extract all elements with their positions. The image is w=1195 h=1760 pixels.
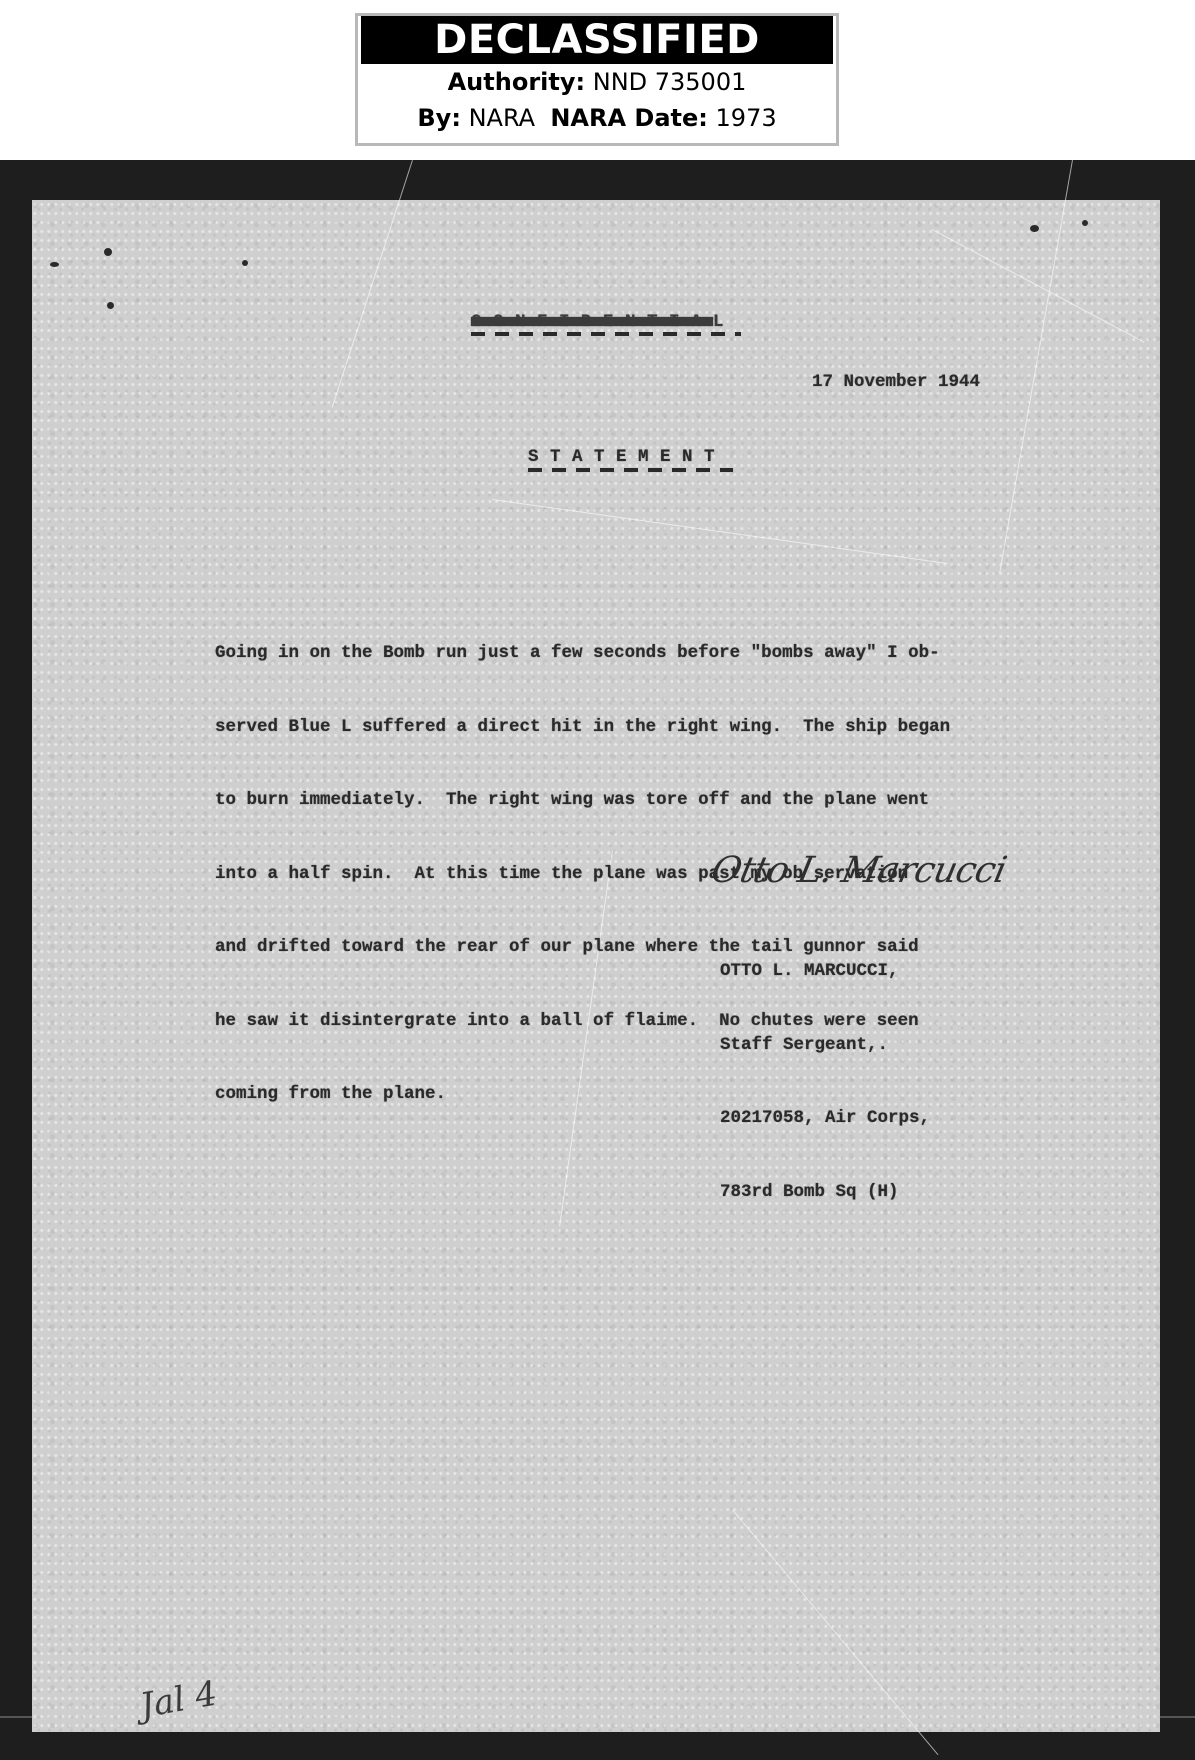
stamp-authority-line: Authority: NND 735001: [358, 64, 836, 100]
ink-spot: [50, 262, 59, 267]
signature-line-name: OTTO L. MARCUCCI,: [720, 959, 930, 984]
signature-line-serial: 20217058, Air Corps,: [720, 1106, 930, 1131]
ink-spot: [242, 260, 248, 266]
signature-line-rank: Staff Sergeant,.: [720, 1033, 930, 1058]
classification-marking: C-O-N-F-I-D-E-N-T-I-A-L: [471, 312, 724, 332]
declassified-stamp: DECLASSIFIED Authority: NND 735001 By: N…: [355, 13, 839, 146]
ink-spot: [1030, 225, 1039, 232]
nara-date-label: NARA Date:: [550, 104, 708, 132]
ink-spot: [1082, 220, 1088, 226]
title-underline: [528, 468, 733, 472]
classification-struck: C-O-N-F-I-D-E-N-T-I-A-: [471, 312, 713, 332]
ink-spot: [107, 302, 114, 309]
signature-block: OTTO L. MARCUCCI, Staff Sergeant,. 20217…: [720, 910, 930, 1229]
body-line: served Blue L suffered a direct hit in t…: [215, 715, 950, 740]
nara-date-value: 1973: [716, 104, 777, 132]
by-label: By:: [417, 104, 461, 132]
ink-spot: [104, 248, 112, 256]
by-value: NARA: [469, 104, 536, 132]
body-line: to burn immediately. The right wing was …: [215, 788, 950, 813]
handwritten-signature: Otto L. Marcucci: [708, 850, 1010, 891]
classification-tail: L: [713, 312, 724, 332]
document-title: S T A T E M E N T: [528, 447, 715, 467]
stamp-title: DECLASSIFIED: [361, 16, 833, 64]
signature-line-unit: 783rd Bomb Sq (H): [720, 1180, 930, 1205]
authority-label: Authority:: [448, 68, 585, 96]
classification-underline: [471, 332, 741, 336]
stamp-by-line: By: NARA NARA Date: 1973: [358, 100, 836, 136]
document-date: 17 November 1944: [812, 372, 980, 392]
body-line: Going in on the Bomb run just a few seco…: [215, 641, 950, 666]
authority-value: NND 735001: [593, 68, 747, 96]
